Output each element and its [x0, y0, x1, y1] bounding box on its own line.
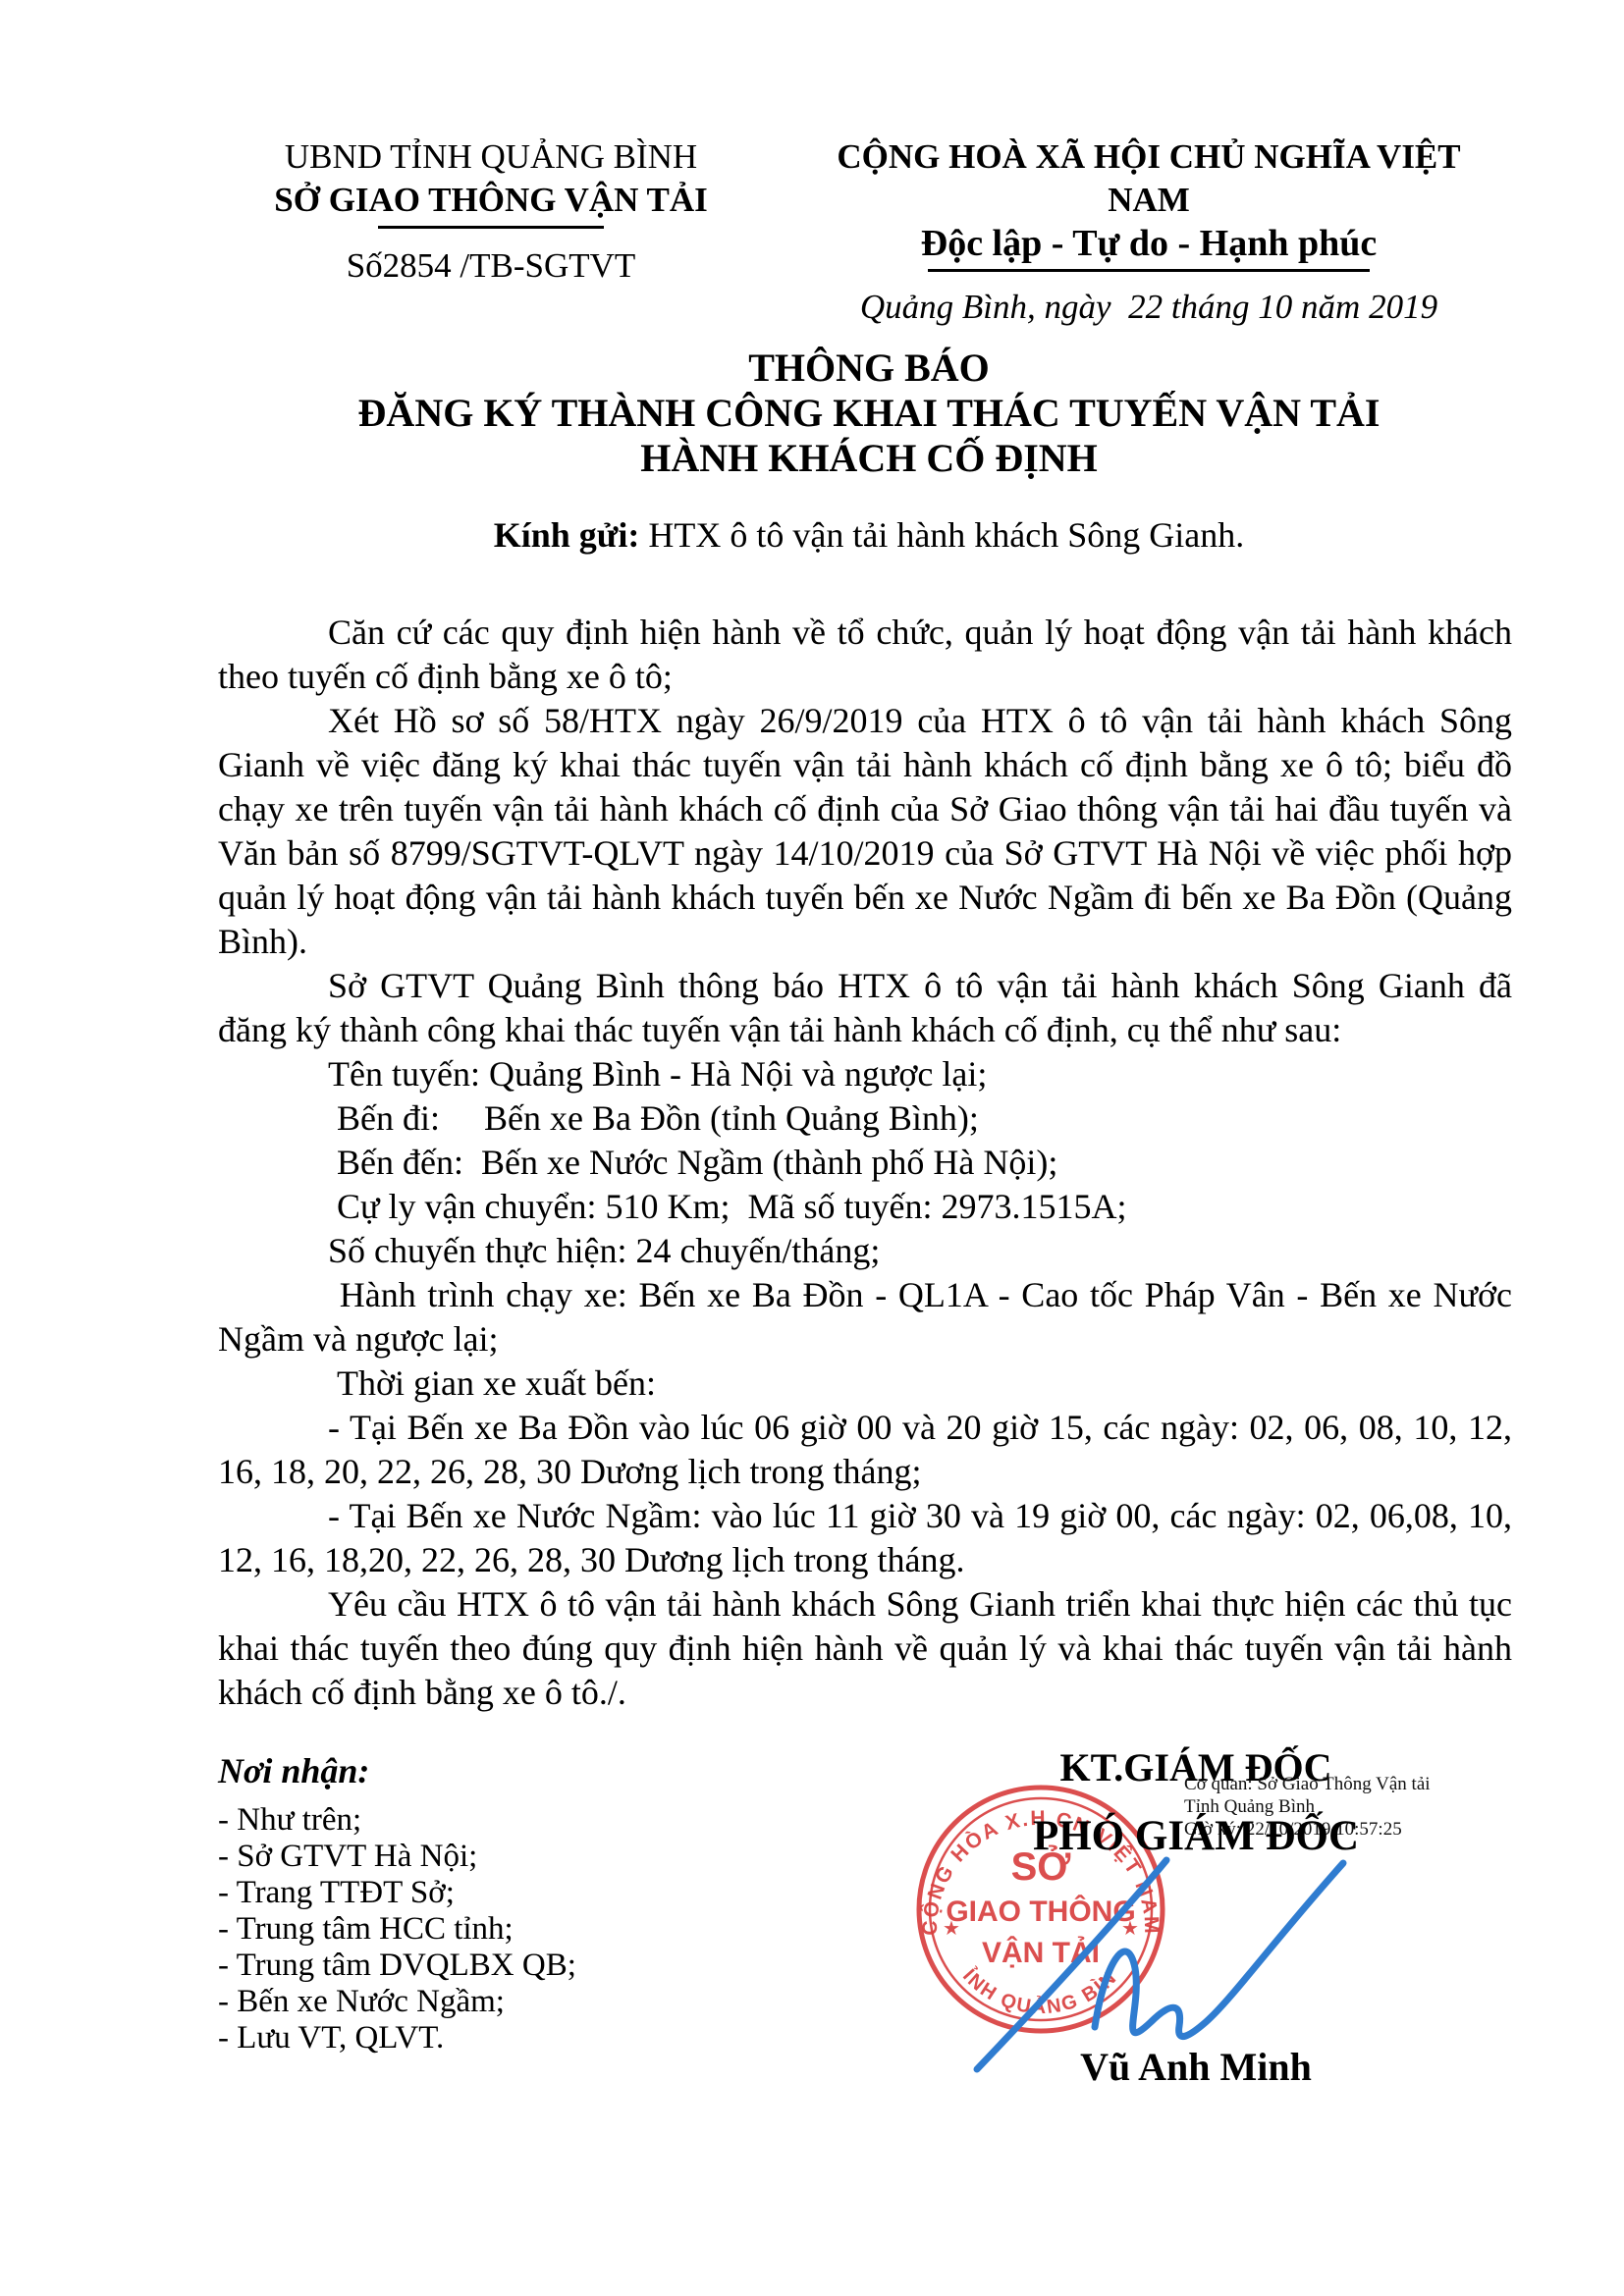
country-name: CỘNG HOÀ XÃ HỘI CHỦ NGHĨA VIỆT NAM: [830, 135, 1468, 222]
detail-schedule-label: Thời gian xe xuất bến:: [218, 1362, 1512, 1406]
doc-subject-line1: ĐĂNG KÝ THÀNH CÔNG KHAI THÁC TUYẾN VẬN T…: [206, 391, 1532, 436]
paragraph-legal-basis: Căn cứ các quy định hiện hành về tổ chức…: [218, 611, 1512, 699]
issuer-parent: UBND TỈNH QUẢNG BÌNH: [206, 135, 776, 179]
recipient-item: - Trung tâm DVQLBX QB;: [218, 1948, 729, 1984]
document-body: Căn cứ các quy định hiện hành về tổ chức…: [218, 611, 1512, 1715]
salutation-label: Kính gửi:: [494, 515, 640, 555]
recipient-item: - Bến xe Nước Ngầm;: [218, 1984, 729, 2020]
signature-ink-icon: [933, 1816, 1384, 2081]
doc-type: THÔNG BÁO: [206, 346, 1532, 391]
detail-arrive-station: Bến đến: Bến xe Nước Ngầm (thành phố Hà …: [218, 1141, 1512, 1185]
doc-number: Số2854 /TB-SGTVT: [206, 244, 776, 288]
handwritten-signature: [933, 1816, 1384, 2081]
national-motto: Độc lập - Tự do - Hạnh phúc: [830, 222, 1468, 265]
national-header: CỘNG HOÀ XÃ HỘI CHỦ NGHĨA VIỆT NAM Độc l…: [830, 135, 1468, 329]
issuer-underline: [378, 226, 604, 229]
detail-schedule-nuocngam: - Tại Bến xe Nước Ngầm: vào lúc 11 giờ 3…: [218, 1494, 1512, 1582]
paragraph-request: Yêu cầu HTX ô tô vận tải hành khách Sông…: [218, 1582, 1512, 1715]
detail-depart-station: Bến đi: Bến xe Ba Đồn (tỉnh Quảng Bình);: [218, 1096, 1512, 1141]
doc-subject-line2: HÀNH KHÁCH CỐ ĐỊNH: [206, 436, 1532, 481]
detail-distance-code: Cự ly vận chuyển: 510 Km; Mã số tuyến: 2…: [218, 1185, 1512, 1229]
recipients-block: Nơi nhận: - Như trên; - Sở GTVT Hà Nội; …: [218, 1749, 729, 2056]
salutation: Kính gửi: HTX ô tô vận tải hành khách Sô…: [206, 514, 1532, 556]
digital-signature-org: Cơ quan: Sở Giao Thông Vận tải: [1184, 1773, 1479, 1795]
detail-schedule-badon: - Tại Bến xe Ba Đồn vào lúc 06 giờ 00 và…: [218, 1406, 1512, 1494]
motto-underline: [928, 269, 1370, 272]
salutation-recipient: HTX ô tô vận tải hành khách Sông Gianh.: [639, 515, 1244, 555]
recipients-list: - Như trên; - Sở GTVT Hà Nội; - Trang TT…: [218, 1802, 729, 2056]
paragraph-dossier: Xét Hồ sơ số 58/HTX ngày 26/9/2019 của H…: [218, 699, 1512, 964]
detail-route-name: Tên tuyến: Quảng Bình - Hà Nội và ngược …: [218, 1052, 1512, 1096]
recipient-item: - Sở GTVT Hà Nội;: [218, 1839, 729, 1875]
issuer-name: SỞ GIAO THÔNG VẬN TẢI: [206, 179, 776, 222]
issuer-header: UBND TỈNH QUẢNG BÌNH SỞ GIAO THÔNG VẬN T…: [206, 135, 776, 288]
paragraph-announcement: Sở GTVT Quảng Bình thông báo HTX ô tô vậ…: [218, 964, 1512, 1052]
document-page: UBND TỈNH QUẢNG BÌNH SỞ GIAO THÔNG VẬN T…: [0, 0, 1624, 2296]
recipient-item: - Lưu VT, QLVT.: [218, 2020, 729, 2056]
detail-itinerary: Hành trình chạy xe: Bến xe Ba Đồn - QL1A…: [218, 1273, 1512, 1362]
detail-trips: Số chuyến thực hiện: 24 chuyến/tháng;: [218, 1229, 1512, 1273]
document-title: THÔNG BÁO ĐĂNG KÝ THÀNH CÔNG KHAI THÁC T…: [206, 346, 1532, 481]
recipient-item: - Như trên;: [218, 1802, 729, 1839]
signer-name: Vũ Anh Minh: [1000, 2044, 1392, 2090]
recipient-item: - Trung tâm HCC tỉnh;: [218, 1911, 729, 1948]
recipients-label: Nơi nhận:: [218, 1749, 729, 1792]
recipient-item: - Trang TTĐT Sở;: [218, 1875, 729, 1911]
date-line: Quảng Bình, ngày 22 tháng 10 năm 2019: [830, 286, 1468, 329]
